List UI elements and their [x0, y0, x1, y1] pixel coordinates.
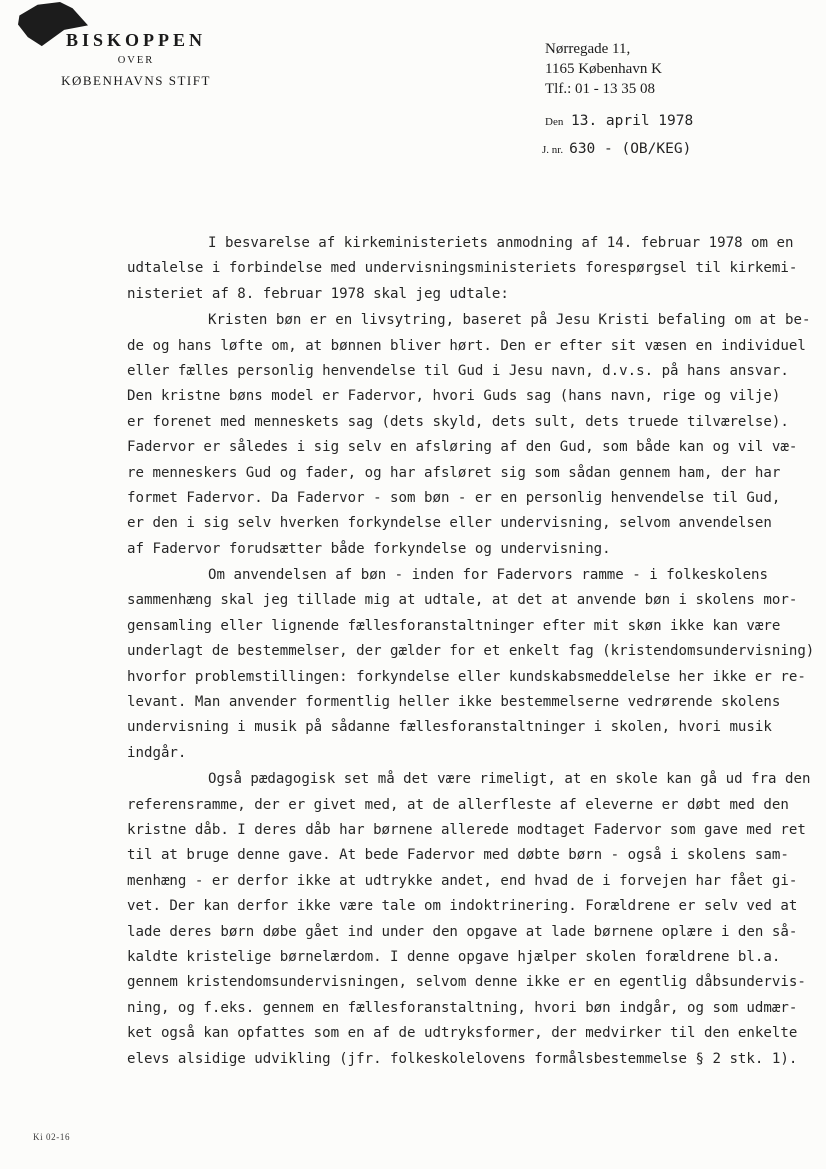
body-line: Om anvendelsen af bøn - inden for Faderv… [127, 563, 826, 588]
body-line: elevs alsidige udvikling (jfr. folkeskol… [127, 1047, 826, 1072]
body-line: ket også kan opfattes som en af de udtry… [127, 1021, 826, 1046]
body-paragraph: Om anvendelsen af bøn - inden for Faderv… [127, 563, 826, 766]
date-label: Den [545, 116, 565, 128]
scanned-letter-page: BISKOPPEN OVER KØBENHAVNS STIFT Nørregad… [0, 0, 826, 1169]
body-line: indgår. [127, 741, 826, 766]
body-line: kaldte kristelige børnelærdom. I denne o… [127, 945, 826, 970]
body-paragraph: Kristen bøn er en livsytring, baseret på… [127, 308, 826, 562]
body-line: referensramme, der er givet med, at de a… [127, 793, 826, 818]
body-line: re menneskers Gud og fader, og har afslø… [127, 461, 826, 486]
body-line: Også pædagogisk set må det være rimeligt… [127, 767, 826, 792]
letterhead-over: OVER [38, 55, 234, 66]
body-line: er den i sig selv hverken forkyndelse el… [127, 511, 826, 536]
address-phone: Tlf.: 01 - 13 35 08 [545, 79, 662, 99]
letterhead: BISKOPPEN OVER KØBENHAVNS STIFT [38, 30, 234, 89]
address-city: 1165 København K [545, 59, 662, 79]
body-line: menhæng - er derfor ikke at udtrykke and… [127, 869, 826, 894]
letterhead-title: BISKOPPEN [38, 30, 234, 51]
date-value: 13. april 1978 [571, 113, 693, 129]
body-line: ning, og f.eks. gennem en fællesforansta… [127, 996, 826, 1021]
address-street: Nørregade 11, [545, 39, 662, 59]
body-paragraph: I besvarelse af kirkeministeriets anmodn… [127, 231, 826, 307]
body-paragraph: Også pædagogisk set må det være rimeligt… [127, 767, 826, 1072]
body-line: nisteriet af 8. februar 1978 skal jeg ud… [127, 282, 826, 307]
body-line: Den kristne bøns model er Fadervor, hvor… [127, 384, 826, 409]
body-line: eller fælles personlig henvendelse til G… [127, 359, 826, 384]
body-line: undervisning i musik på sådanne fællesfo… [127, 715, 826, 740]
date-row: Den13. april 1978 [545, 110, 693, 129]
body-line: underlagt de bestemmelser, der gælder fo… [127, 639, 826, 664]
body-line: kristne dåb. I deres dåb har børnene all… [127, 818, 826, 843]
body-line: levant. Man anvender formentlig heller i… [127, 690, 826, 715]
body-line: af Fadervor forudsætter både forkyndelse… [127, 537, 826, 562]
body-line: Fadervor er således i sig selv en afslør… [127, 435, 826, 460]
body-line: sammenhæng skal jeg tillade mig at udtal… [127, 588, 826, 613]
journal-number-row: J. nr.630 - (OB/KEG) [542, 138, 691, 157]
body-line: gennem kristendomsundervisningen, selvom… [127, 970, 826, 995]
body-line: hvorfor problemstillingen: forkyndelse e… [127, 665, 826, 690]
body-line: lade deres børn døbe gået ind under den … [127, 920, 826, 945]
body-line: vet. Der kan derfor ikke være tale om in… [127, 894, 826, 919]
body-line: til at bruge denne gave. At bede Fadervo… [127, 843, 826, 868]
body-line: de og hans løfte om, at bønnen bliver hø… [127, 334, 826, 359]
form-number: Ki 02-16 [33, 1132, 70, 1142]
body-line: udtalelse i forbindelse med undervisning… [127, 256, 826, 281]
address-block: Nørregade 11, 1165 København K Tlf.: 01 … [545, 39, 662, 99]
body-line: I besvarelse af kirkeministeriets anmodn… [127, 231, 826, 256]
letterhead-diocese: KØBENHAVNS STIFT [38, 73, 234, 89]
journal-number-value: 630 - (OB/KEG) [569, 141, 691, 157]
body-line: gensamling eller lignende fællesforansta… [127, 614, 826, 639]
journal-number-label: J. nr. [542, 144, 563, 156]
body-line: er forenet med menneskets sag (dets skyl… [127, 410, 826, 435]
body-line: Kristen bøn er en livsytring, baseret på… [127, 308, 826, 333]
body-line: formet Fadervor. Da Fadervor - som bøn -… [127, 486, 826, 511]
letter-body: I besvarelse af kirkeministeriets anmodn… [127, 231, 826, 1072]
